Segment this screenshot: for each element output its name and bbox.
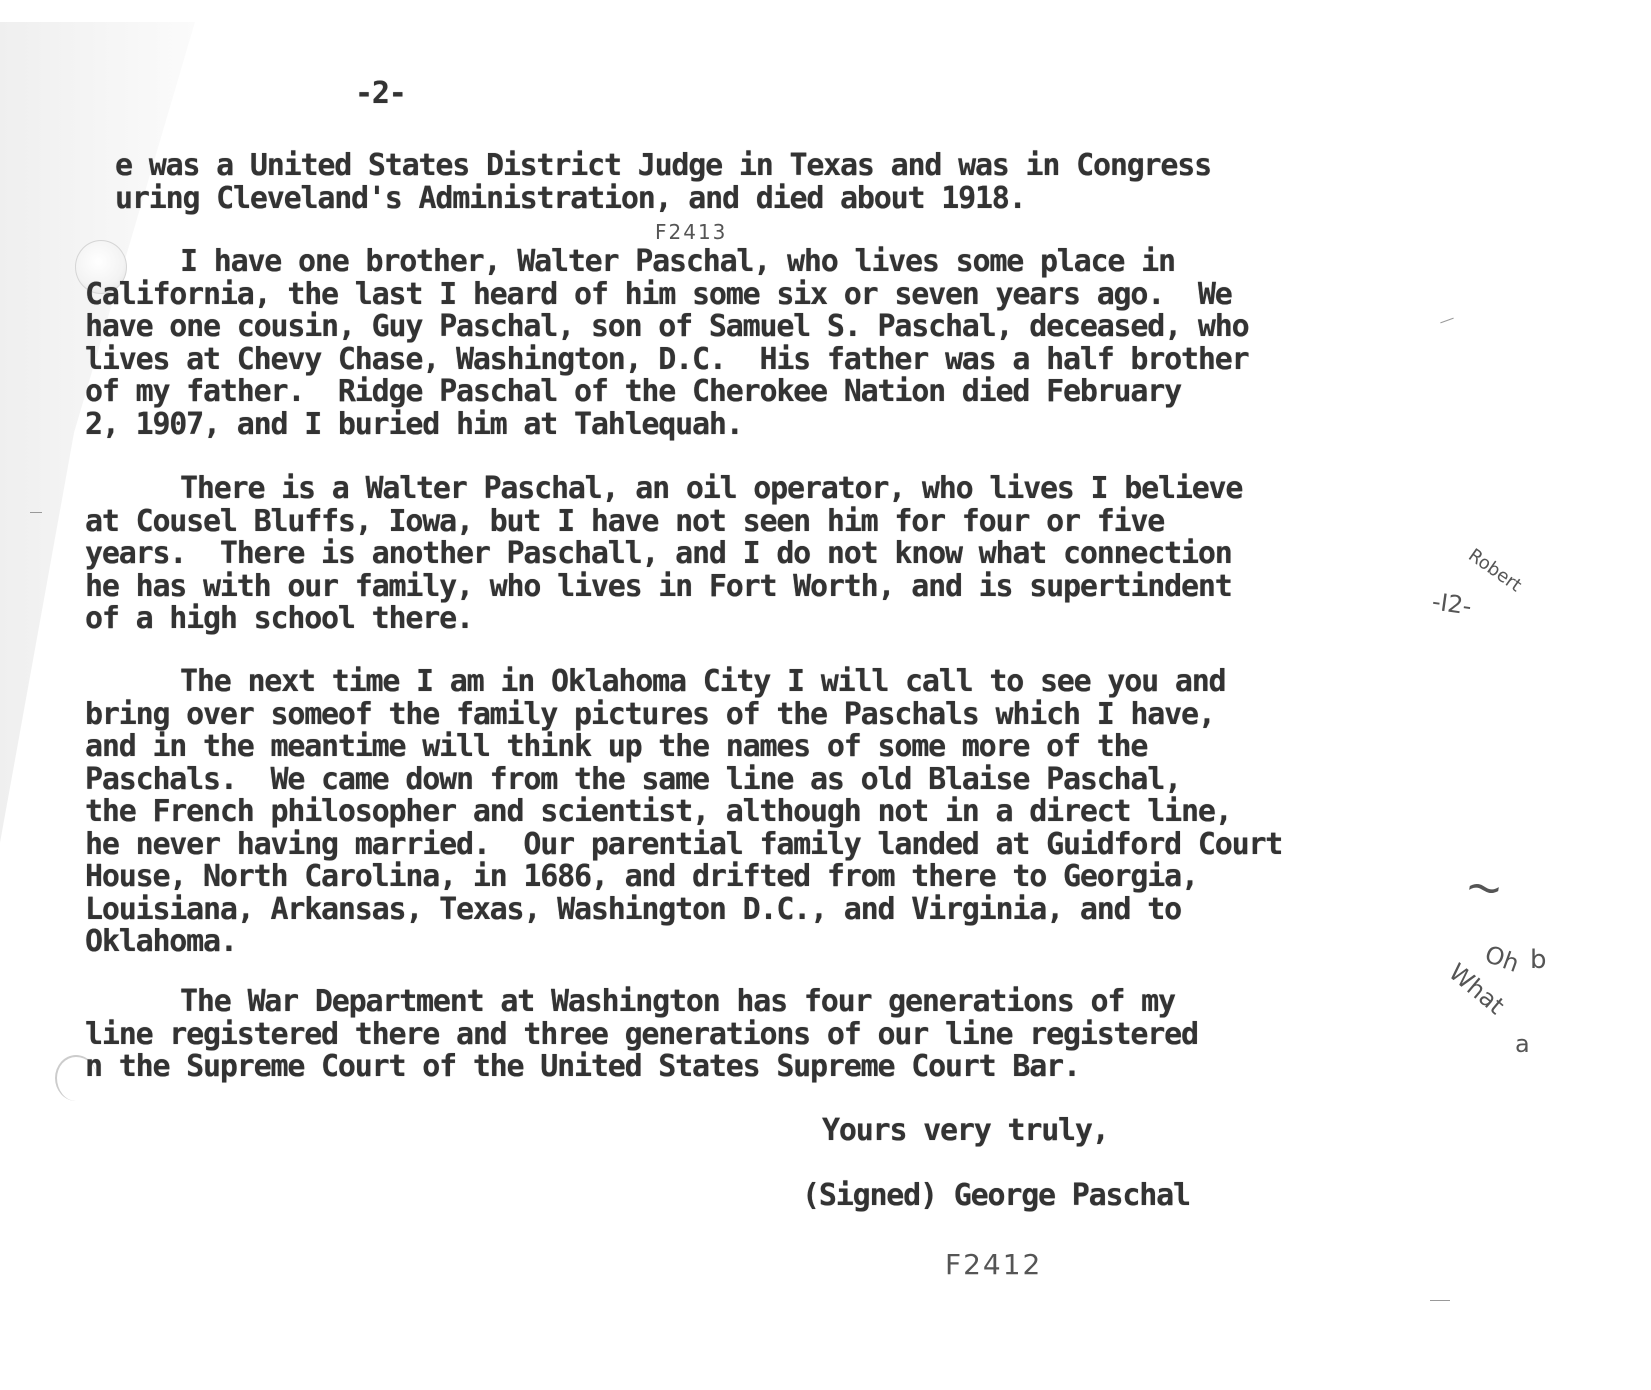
margin-mark (1440, 318, 1453, 324)
text-line: line registered there and three generati… (85, 1019, 1198, 1052)
text-line: e was a United States District Judge in … (115, 150, 1211, 183)
paragraph: The War Department at Washington has fou… (85, 986, 1198, 1084)
text-line: 2, 1907, and I buried him at Tahlequah. (85, 409, 1248, 442)
margin-note-i2: -I2- (1430, 587, 1473, 620)
closing: Yours very truly, (822, 1115, 1109, 1148)
text-line: Paschals. We came down from the same lin… (85, 764, 1282, 797)
text-line: the French philosopher and scientist, al… (85, 796, 1282, 829)
margin-bracket-mark: ~ (1461, 857, 1508, 917)
page-number: -2- (355, 78, 406, 111)
text-line: lives at Chevy Chase, Washington, D.C. H… (85, 344, 1248, 377)
margin-mark (30, 512, 42, 513)
paragraph: e was a United States District Judge in … (115, 150, 1211, 215)
margin-note-a: a (1515, 1030, 1530, 1058)
text-line: California, the last I heard of him some… (85, 279, 1248, 312)
text-line: n the Supreme Court of the United States… (85, 1051, 1198, 1084)
text-line: Oklahoma. (85, 926, 1282, 959)
text-line: The War Department at Washington has fou… (85, 986, 1198, 1019)
text-line: bring over someof the family pictures of… (85, 699, 1282, 732)
text-line: The next time I am in Oklahoma City I wi… (85, 666, 1282, 699)
paragraph: The next time I am in Oklahoma City I wi… (85, 666, 1282, 959)
text-line: uring Cleveland's Administration, and di… (115, 183, 1211, 216)
margin-mark (1430, 1300, 1450, 1301)
paragraph: There is a Walter Paschal, an oil operat… (85, 473, 1242, 636)
margin-note-b: b (1530, 945, 1547, 975)
text-line: years. There is another Paschall, and I … (85, 538, 1242, 571)
text-line: of a high school there. (85, 603, 1242, 636)
text-line: have one cousin, Guy Paschal, son of Sam… (85, 311, 1248, 344)
margin-note-robert: Robert (1464, 545, 1525, 596)
handwritten-reference-bottom: F2412 (945, 1248, 1042, 1281)
paragraph: I have one brother, Walter Paschal, who … (85, 246, 1248, 441)
text-line: at Cousel Bluffs, Iowa, but I have not s… (85, 506, 1242, 539)
text-line: he never having married. Our parential f… (85, 829, 1282, 862)
text-line: Louisiana, Arkansas, Texas, Washington D… (85, 894, 1282, 927)
handwritten-reference-top: F2413 (655, 220, 727, 244)
text-line: and in the meantime will think up the na… (85, 731, 1282, 764)
text-line: I have one brother, Walter Paschal, who … (85, 246, 1248, 279)
margin-note-oh: Oh (1481, 940, 1523, 978)
text-line: There is a Walter Paschal, an oil operat… (85, 473, 1242, 506)
text-line: House, North Carolina, in 1686, and drif… (85, 861, 1282, 894)
text-line: he has with our family, who lives in For… (85, 571, 1242, 604)
signature: (Signed) George Paschal (802, 1180, 1190, 1213)
text-line: of my father. Ridge Paschal of the Chero… (85, 376, 1248, 409)
